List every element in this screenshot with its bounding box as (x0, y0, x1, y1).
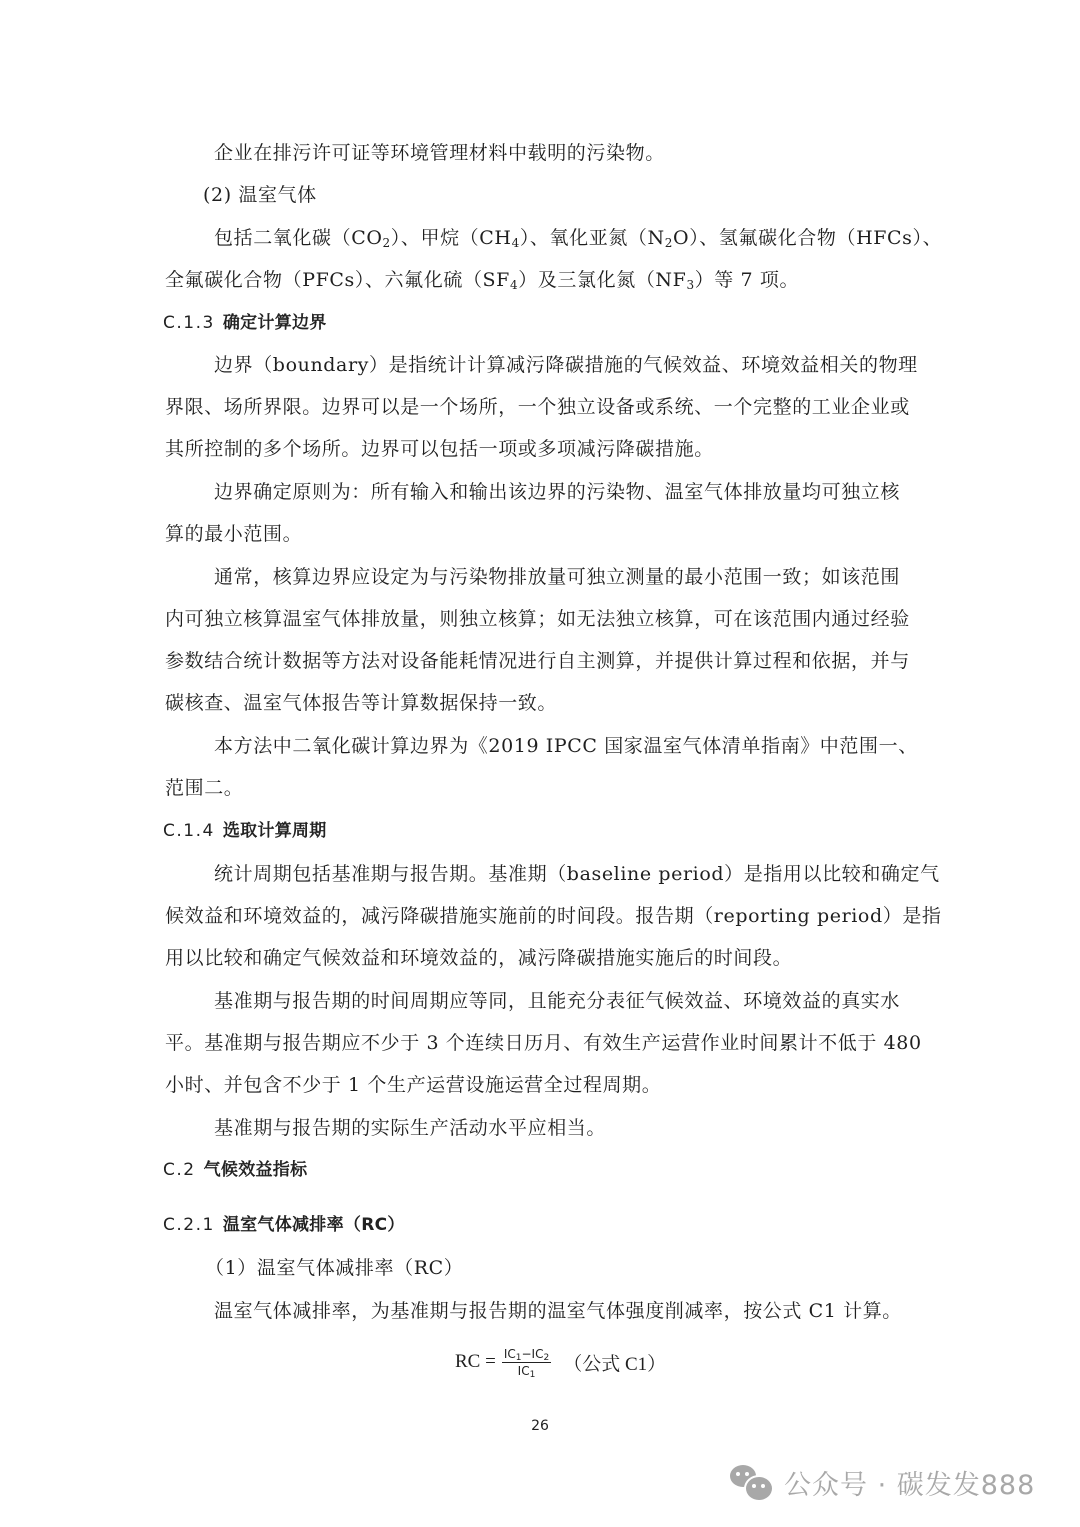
paragraph-line: 边界（boundary）是指统计计算减污降碳措施的气候效益、环境效益相关的物理 (214, 352, 974, 378)
paragraph-line: 平。基准期与报告期应不少于 3 个连续日历月、有效生产运营作业时间累计不低于 4… (165, 1030, 925, 1056)
paragraph-line: 全氟碳化合物（PFCs）、六氟化硫（SF4）及三氯化氮（NF3）等 7 项。 (165, 267, 925, 293)
text-span: 包括二氧化碳（CO (214, 227, 383, 249)
paragraph-line: 其所控制的多个场所。边界可以包括一项或多项减污降碳措施。 (165, 436, 925, 462)
paragraph-line: 算的最小范围。 (165, 521, 925, 547)
text-span: O）、氢氟碳化合物（HFCs）、 (673, 227, 942, 249)
subscript: 1 (530, 1370, 536, 1380)
paragraph-line: 用以比较和确定气候效益和环境效益的，减污降碳措施实施后的时间段。 (165, 945, 925, 971)
paragraph-line: 本方法中二氧化碳计算边界为《2019 IPCC 国家温室气体清单指南》中范围一、 (214, 733, 974, 759)
formula-lhs: RC = (455, 1351, 496, 1373)
document-page: 企业在排污许可证等环境管理材料中载明的污染物。 (2) 温室气体 包括二氧化碳（… (0, 0, 1080, 1527)
section-heading-c114: C.1.4选取计算周期 (163, 818, 327, 844)
subscript: 2 (543, 1353, 549, 1363)
section-heading-c2: C.2气候效益指标 (163, 1157, 307, 1183)
section-number: C.2 (163, 1160, 196, 1180)
paragraph-line: 界限、场所界限。边界可以是一个场所，一个独立设备或系统、一个完整的工业企业或 (165, 394, 925, 420)
paragraph-line: 企业在排污许可证等环境管理材料中载明的污染物。 (214, 140, 974, 166)
paragraph-line: 碳核查、温室气体报告等计算数据保持一致。 (165, 690, 925, 716)
section-number: C.1.3 (163, 313, 215, 333)
formula-numerator: IC1−IC2 (502, 1347, 551, 1363)
section-number: C.2.1 (163, 1215, 215, 1235)
paragraph-line: 基准期与报告期的实际生产活动水平应相当。 (214, 1115, 974, 1141)
paragraph-line: 温室气体减排率，为基准期与报告期的温室气体强度削减率，按公式 C1 计算。 (214, 1298, 974, 1324)
section-title: 气候效益指标 (204, 1160, 308, 1180)
subscript: 4 (512, 236, 520, 250)
text-span: ）及三氯化氮（NF (518, 269, 686, 291)
section-heading-c113: C.1.3确定计算边界 (163, 310, 327, 336)
subheading-greenhouse-gas: (2) 温室气体 (203, 182, 963, 208)
paragraph-line: 通常，核算边界应设定为与污染物排放量可独立测量的最小范围一致；如该范围 (214, 564, 974, 590)
paragraph-line: 边界确定原则为：所有输入和输出该边界的污染物、温室气体排放量均可独立核 (214, 479, 974, 505)
section-title: 确定计算边界 (223, 313, 327, 333)
paragraph-line: 参数结合统计数据等方法对设备能耗情况进行自主测算，并提供计算过程和依据，并与 (165, 648, 925, 674)
formula-label: （公式 C1） (563, 1349, 666, 1376)
section-title: 选取计算周期 (223, 821, 327, 841)
subscript: 2 (665, 236, 673, 250)
paragraph-line: 基准期与报告期的时间周期应等同，且能充分表征气候效益、环境效益的真实水 (214, 988, 974, 1014)
subscript: 2 (383, 236, 391, 250)
paragraph-line: 小时、并包含不少于 1 个生产运营设施运营全过程周期。 (165, 1072, 925, 1098)
watermark-text: 公众号 · 碳发发888 (784, 1463, 1035, 1502)
wechat-icon (730, 1465, 772, 1501)
text-span: ）、氧化亚氮（N (520, 227, 665, 249)
text-span: ）等 7 项。 (695, 269, 799, 291)
paragraph-line: 候效益和环境效益的，减污降碳措施实施前的时间段。报告期（reporting pe… (165, 903, 925, 929)
text-span: ）、甲烷（CH (391, 227, 512, 249)
paragraph-line: 包括二氧化碳（CO2）、甲烷（CH4）、氧化亚氮（N2O）、氢氟碳化合物（HFC… (214, 225, 974, 251)
page-number: 26 (0, 1418, 1080, 1434)
watermark: 公众号 · 碳发发888 (730, 1463, 1035, 1502)
text-span: IC (504, 1347, 516, 1361)
text-span: IC (532, 1347, 544, 1361)
subscript: 4 (510, 278, 518, 292)
text-span: IC (518, 1364, 530, 1378)
paragraph-line: 内可独立核算温室气体排放量，则独立核算；如无法独立核算，可在该范围内通过经验 (165, 606, 925, 632)
paragraph-line: 范围二。 (165, 775, 925, 801)
section-heading-c221: C.2.1温室气体减排率（RC） (163, 1212, 405, 1238)
formula-fraction: IC1−IC2 IC1 (502, 1347, 551, 1378)
section-title: 温室气体减排率（RC） (223, 1215, 405, 1235)
subscript: 3 (686, 278, 694, 292)
section-number: C.1.4 (163, 821, 215, 841)
text-span: − (521, 1347, 531, 1361)
formula-c1: RC = IC1−IC2 IC1 （公式 C1） (455, 1340, 666, 1384)
subheading-rc: （1）温室气体减排率（RC） (205, 1255, 965, 1281)
text-span: 全氟碳化合物（PFCs）、六氟化硫（SF (165, 269, 510, 291)
formula-denominator: IC1 (518, 1363, 536, 1378)
paragraph-line: 统计周期包括基准期与报告期。基准期（baseline period）是指用以比较… (214, 861, 974, 887)
